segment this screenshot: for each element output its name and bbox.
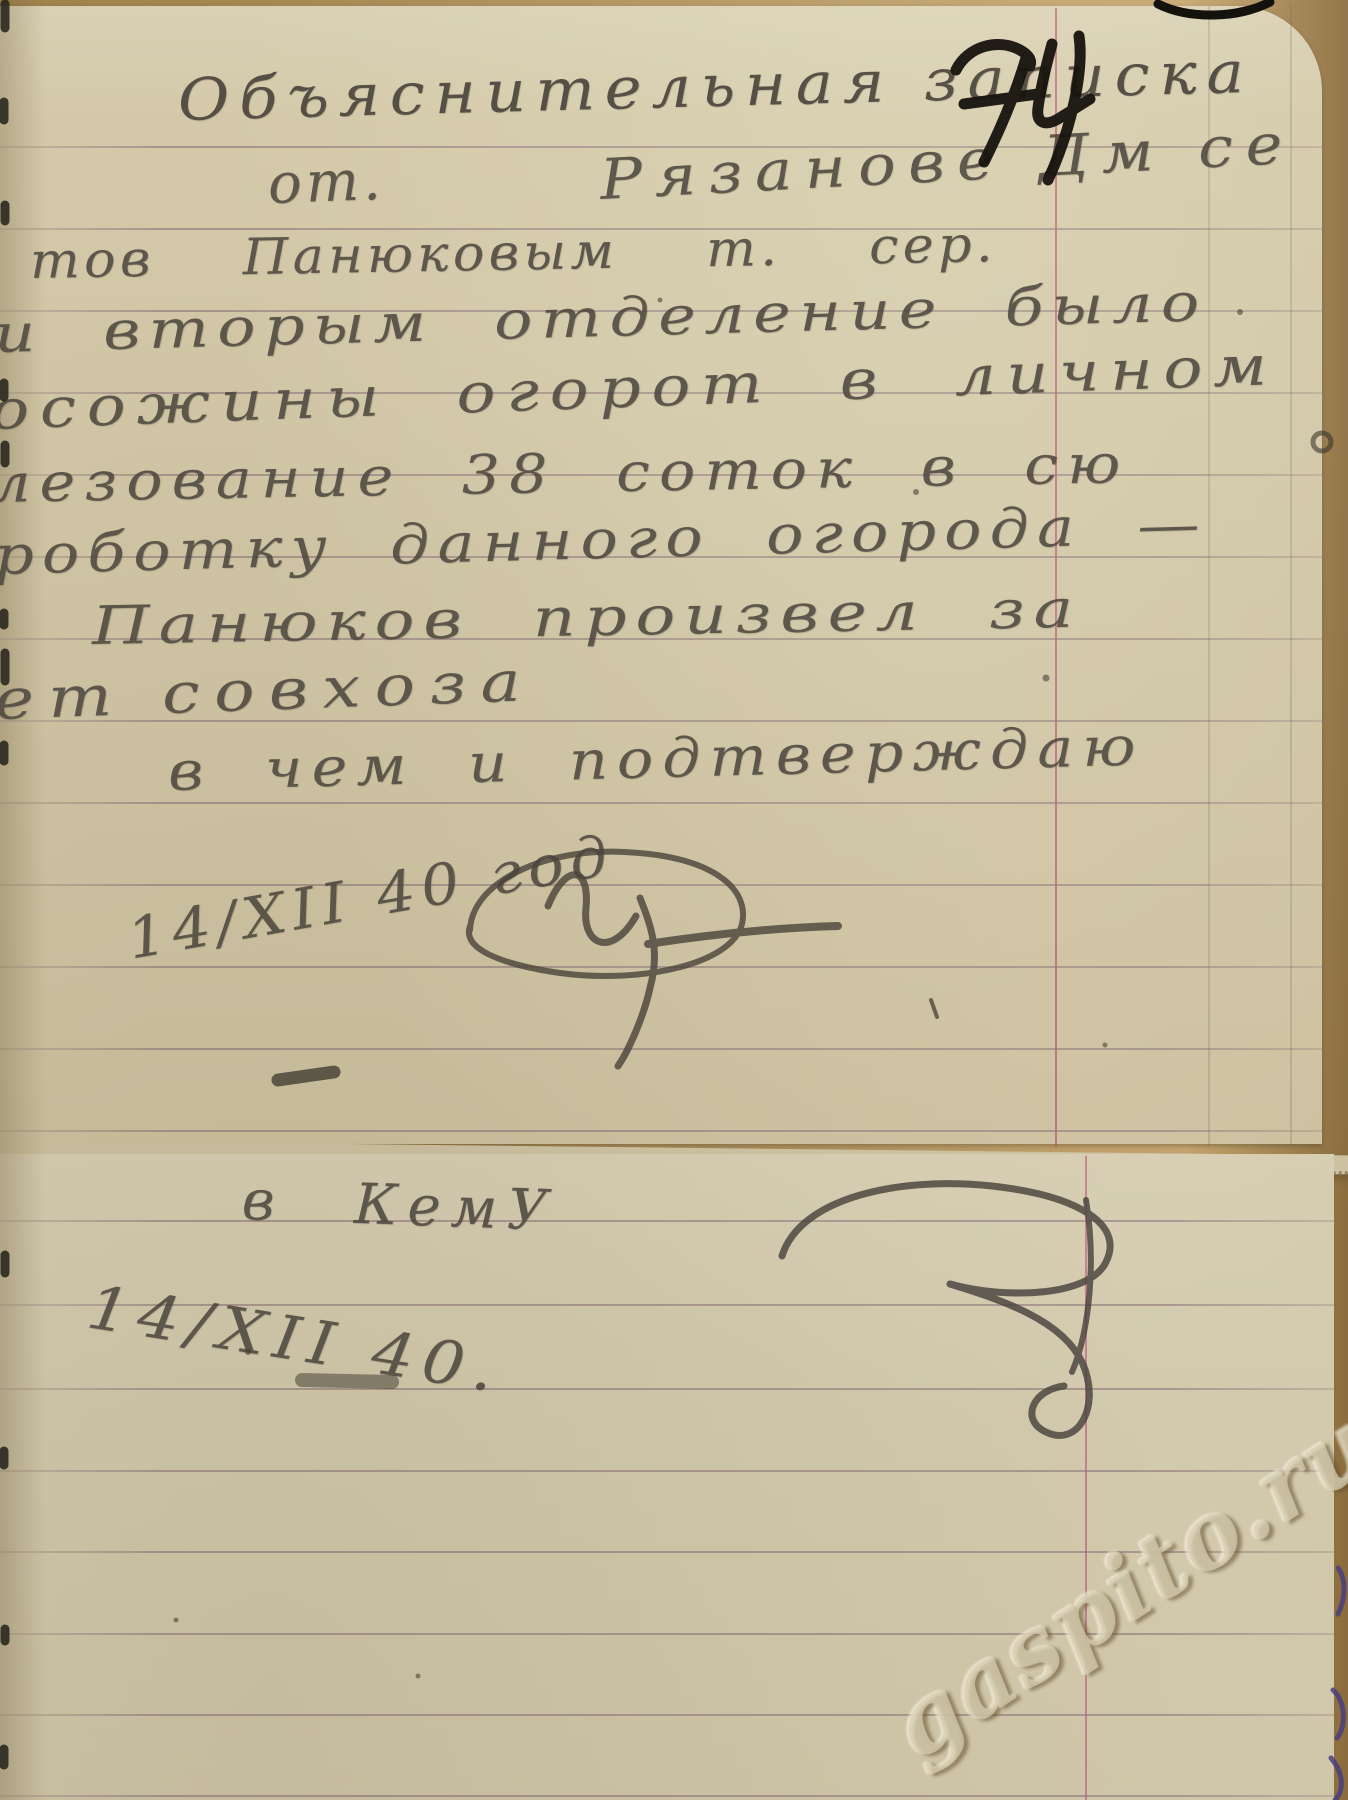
ruled-line: [0, 1795, 1334, 1797]
ruled-line: [0, 1714, 1334, 1716]
paper-crease-2: [1290, 6, 1292, 1146]
ruled-line: [0, 802, 1322, 804]
scanned-document-page: Объяснительная записка от. Рязанове Дм с…: [0, 0, 1348, 1800]
ruled-line: [0, 1130, 1322, 1132]
ruled-line: [0, 966, 1322, 968]
ruled-line: [0, 1048, 1322, 1050]
ruled-line: [0, 1470, 1334, 1472]
handwritten-note-second: в КемУ: [241, 1168, 559, 1244]
margin-line-bottom-sheet: [1085, 1156, 1087, 1800]
ruled-line: [0, 884, 1322, 886]
ruled-line: [0, 1220, 1334, 1222]
paper-sheet-bottom: [0, 1154, 1334, 1800]
handwritten-from-label: от.: [267, 148, 386, 217]
ruled-line: [0, 1388, 1334, 1390]
